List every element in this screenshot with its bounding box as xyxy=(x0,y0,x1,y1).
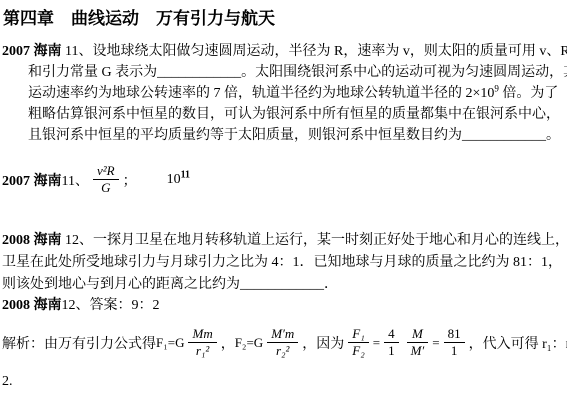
question-2007-line3: 运动速率约为地球公转速率的 7 倍，轨道半径约为地球公转轨道半径的 2×109 … xyxy=(28,83,565,104)
question-2007-line3-text: 运动速率约为地球公转速率的 7 倍，轨道半径约为地球公转轨道半径的 2×10 xyxy=(28,86,494,101)
fraction-numerator: M′m xyxy=(267,326,298,342)
equals-sign: = xyxy=(432,335,439,351)
force1-equation: F₁=G xyxy=(156,335,184,351)
question-2008-line1: 2008 海南 12、一探月卫星在地月转移轨道上运行，某一时刻正好处于地心和月心… xyxy=(2,230,565,252)
question-2007-line1-text: 11、设地球绕太阳做匀速圆周运动，半径为 R，速率为 v，则太阳的质量可用 v、… xyxy=(62,44,567,59)
question-2007-line1: 2007 海南 11、设地球绕太阳做匀速圆周运动，半径为 R，速率为 v，则太阳… xyxy=(2,41,565,62)
question-2007-line3-tail: 倍。为了 xyxy=(499,86,559,101)
solution-line: 解析：由万有引力公式得 F₁=GMmr₁²，F₂=GM′mr₂²，因为F₁F₂=… xyxy=(2,326,567,360)
fraction-numerator: M xyxy=(407,326,429,342)
solution-suffix: ，代入可得 r₁：r₂=9： xyxy=(469,333,567,353)
fraction-numerator: Mm xyxy=(188,326,216,342)
answer-2007-source: 2007 海南 xyxy=(2,170,62,190)
comma: ， xyxy=(221,333,235,353)
answer-2007-label: 11、 xyxy=(62,170,89,190)
answer-2008-text: 12、答案：9：2 xyxy=(62,294,160,314)
question-2008: 2008 海南 12、一探月卫星在地月转移轨道上运行，某一时刻正好处于地心和月心… xyxy=(2,230,565,296)
answer-2007: 2007 海南 11、v²RG；1011 xyxy=(2,157,190,202)
fraction-denominator: r₂² xyxy=(267,342,298,359)
answer-2008: 2008 海南 12、答案：9：2 xyxy=(2,294,160,314)
question-2008-line2: 卫星在此处所受地球引力与月球引力之比为 4：1．已知地球与月球的质量之比约为 8… xyxy=(2,252,565,274)
question-2007-source: 2007 海南 xyxy=(2,44,62,59)
answer-2007-count: 1011 xyxy=(167,172,190,188)
because-text: ，因为 xyxy=(302,333,344,353)
fraction-denominator: 1 xyxy=(384,342,399,359)
fraction-denominator: M′ xyxy=(407,342,429,359)
question-2008-source: 2008 海南 xyxy=(2,233,62,248)
solution-prefix: 解析：由万有引力公式得 xyxy=(2,333,156,353)
chapter-title: 第四章 曲线运动 万有引力与航天 xyxy=(3,4,275,29)
answer-2008-source: 2008 海南 xyxy=(2,294,62,314)
power-base: 10 xyxy=(167,172,181,187)
force2-equation: F₂=G xyxy=(235,335,263,351)
question-2007: 2007 海南 11、设地球绕太阳做匀速圆周运动，半径为 R，速率为 v，则太阳… xyxy=(2,41,565,146)
equals-sign: = xyxy=(373,335,380,351)
fraction-numerator: F₁ xyxy=(348,326,368,342)
question-2007-line5: 且银河系中恒星的平均质量约等于太阳质量，则银河系中恒星数目约为_________… xyxy=(28,125,565,146)
power-exponent: 11 xyxy=(181,169,190,180)
fraction-M-over-Mprime: MM′ xyxy=(407,326,429,360)
fraction-denominator: F₂ xyxy=(348,342,368,359)
document-page: 第四章 曲线运动 万有引力与航天 2007 海南 11、设地球绕太阳做匀速圆周运… xyxy=(0,0,567,395)
question-2007-line4: 粗略估算银河系中恒星的数目，可认为银河系中所有恒星的质量都集中在银河系中心， xyxy=(28,104,565,125)
fraction-numerator: v²R xyxy=(93,163,119,179)
fraction-F1-over-F2: F₁F₂ xyxy=(348,326,368,360)
fraction-4-over-1: 41 xyxy=(384,326,399,360)
fraction-denominator: r₁² xyxy=(188,342,216,359)
question-2008-line1-text: 12、一探月卫星在地月转移轨道上运行，某一时刻正好处于地心和月心的连线上， xyxy=(62,233,567,248)
question-2008-line3: 则该处到地心与到月心的距离之比约为____________． xyxy=(2,274,565,296)
fraction-denominator: G xyxy=(93,179,119,196)
fraction-Mm-over-r1sq: Mmr₁² xyxy=(188,326,216,360)
fraction-Mpm-over-r2sq: M′mr₂² xyxy=(267,326,298,360)
question-2007-line2: 和引力常量 G 表示为____________。太阳围绕银河系中心的运动可视为匀… xyxy=(28,62,565,83)
solution-wrap-line: 2. xyxy=(2,374,13,390)
fraction-numerator: 81 xyxy=(444,326,465,342)
fraction-81-over-1: 811 xyxy=(444,326,465,360)
semicolon: ； xyxy=(123,170,137,190)
fraction-v2R-over-G: v²RG xyxy=(93,163,119,197)
fraction-denominator: 1 xyxy=(444,342,465,359)
fraction-numerator: 4 xyxy=(384,326,399,342)
